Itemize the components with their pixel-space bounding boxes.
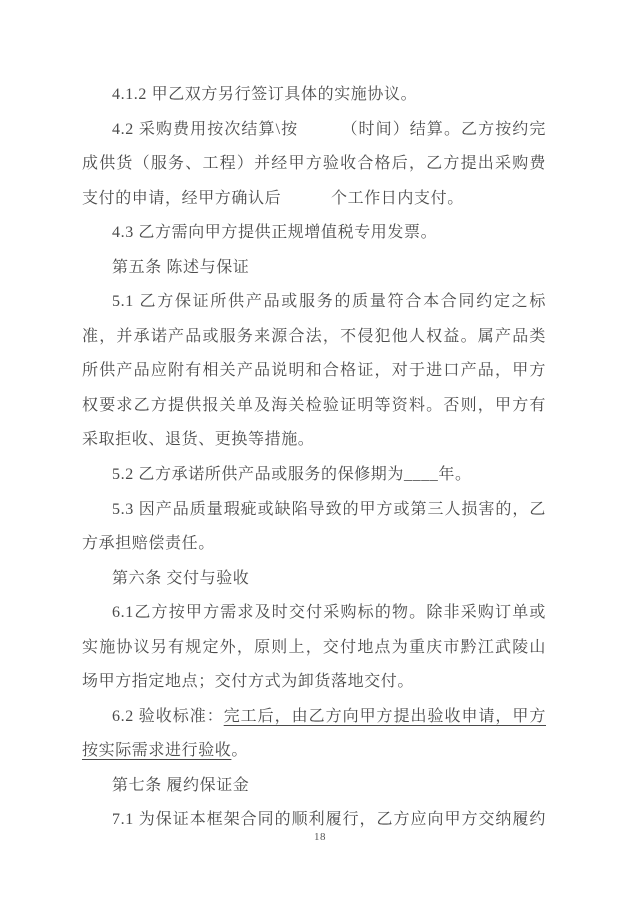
text-segment: 准，并承诺产品或服务来源合法，不侵犯他人权益。属产品类的， [82,328,546,355]
document-line: 按实际需求进行验收。 [82,734,546,769]
text-segment: 5.2 乙方承诺所供产品或服务的保修期为____年。 [112,466,472,483]
text-segment: 第五条 陈述与保证 [112,259,249,276]
document-line: 4.1.2 甲乙双方另行签订具体的实施协议。 [82,78,546,113]
text-segment: 7.1 为保证本框架合同的顺利履行，乙方应向甲方交纳履约 [112,811,546,828]
page-number: 18 [0,831,640,843]
document-line: 6.1乙方按甲方需求及时交付采购标的物。除非采购订单或 [82,596,546,631]
document-line: 实施协议另有规定外，原则上，交付地点为重庆市黔江武陵山机 [82,631,546,666]
text-segment: 5.3 因产品质量瑕疵或缺陷导致的甲方或第三人损害的，乙 [112,501,546,518]
text-segment: 5.1 乙方保证所供产品或服务的质量符合本合同约定之标 [112,293,546,310]
document-line: 场甲方指定地点；交付方式为卸货落地交付。 [82,665,546,700]
document-line: 5.1 乙方保证所供产品或服务的质量符合本合同约定之标 [82,285,546,320]
text-segment: 第六条 交付与验收 [112,570,249,587]
text-segment: 实施协议另有规定外，原则上，交付地点为重庆市黔江武陵山机 [82,639,546,666]
text-segment: 6.1乙方按甲方需求及时交付采购标的物。除非采购订单或 [112,604,546,621]
document-line: 权要求乙方提供报关单及海关检验证明等资料。否则，甲方有权 [82,389,546,424]
text-segment: 4.1.2 甲乙双方另行签订具体的实施协议。 [112,86,417,103]
document-line: 5.2 乙方承诺所供产品或服务的保修期为____年。 [82,458,546,493]
text-segment: 4.3 乙方需向甲方提供正规增值税专用发票。 [112,224,437,241]
text-segment: 场甲方指定地点；交付方式为卸货落地交付。 [82,673,414,690]
text-segment: 所供产品应附有相关产品说明和合格证，对于进口产品，甲方有 [82,362,546,389]
document-line: 方承担赔偿责任。 [82,527,546,562]
text-segment: 权要求乙方提供报关单及海关检验证明等资料。否则，甲方有权 [82,397,546,424]
document-line: 4.3 乙方需向甲方提供正规增值税专用发票。 [82,216,546,251]
document-lines: 4.1.2 甲乙双方另行签订具体的实施协议。4.2 采购费用按次结算\按 （时间… [82,78,546,838]
text-segment: 6.2 验收标准： [112,708,224,725]
text-segment: 4.2 采购费用按次结算\按 （时间）结算。乙方按约完 [112,121,546,138]
document-line: 支付的申请，经甲方确认后 个工作日内支付。 [82,182,546,217]
document-page: 4.1.2 甲乙双方另行签订具体的实施协议。4.2 采购费用按次结算\按 （时间… [0,0,640,905]
underlined-text: 按实际需求进行验收 [82,742,231,759]
text-segment: 成供货（服务、工程）并经甲方验收合格后，乙方提出采购费用 [82,155,546,182]
document-line: 准，并承诺产品或服务来源合法，不侵犯他人权益。属产品类的， [82,320,546,355]
text-segment: 第七条 履约保证金 [112,777,249,794]
text-segment: 采取拒收、退货、更换等措施。 [82,431,314,448]
text-segment: 方承担赔偿责任。 [82,535,215,552]
underlined-text: 完工后，由乙方向甲方提出验收申请，甲方 [224,708,546,725]
document-line: 5.3 因产品质量瑕疵或缺陷导致的甲方或第三人损害的，乙 [82,493,546,528]
text-segment: 支付的申请，经甲方确认后 个工作日内支付。 [82,190,464,207]
document-line: 采取拒收、退货、更换等措施。 [82,423,546,458]
document-line: 6.2 验收标准：完工后，由乙方向甲方提出验收申请，甲方 [82,700,546,735]
document-line: 第七条 履约保证金 [82,769,546,804]
document-line: 第六条 交付与验收 [82,562,546,597]
document-line: 第五条 陈述与保证 [82,251,546,286]
document-line: 成供货（服务、工程）并经甲方验收合格后，乙方提出采购费用 [82,147,546,182]
document-line: 所供产品应附有相关产品说明和合格证，对于进口产品，甲方有 [82,354,546,389]
text-segment: 。 [231,742,248,759]
document-line: 4.2 采购费用按次结算\按 （时间）结算。乙方按约完 [82,113,546,148]
